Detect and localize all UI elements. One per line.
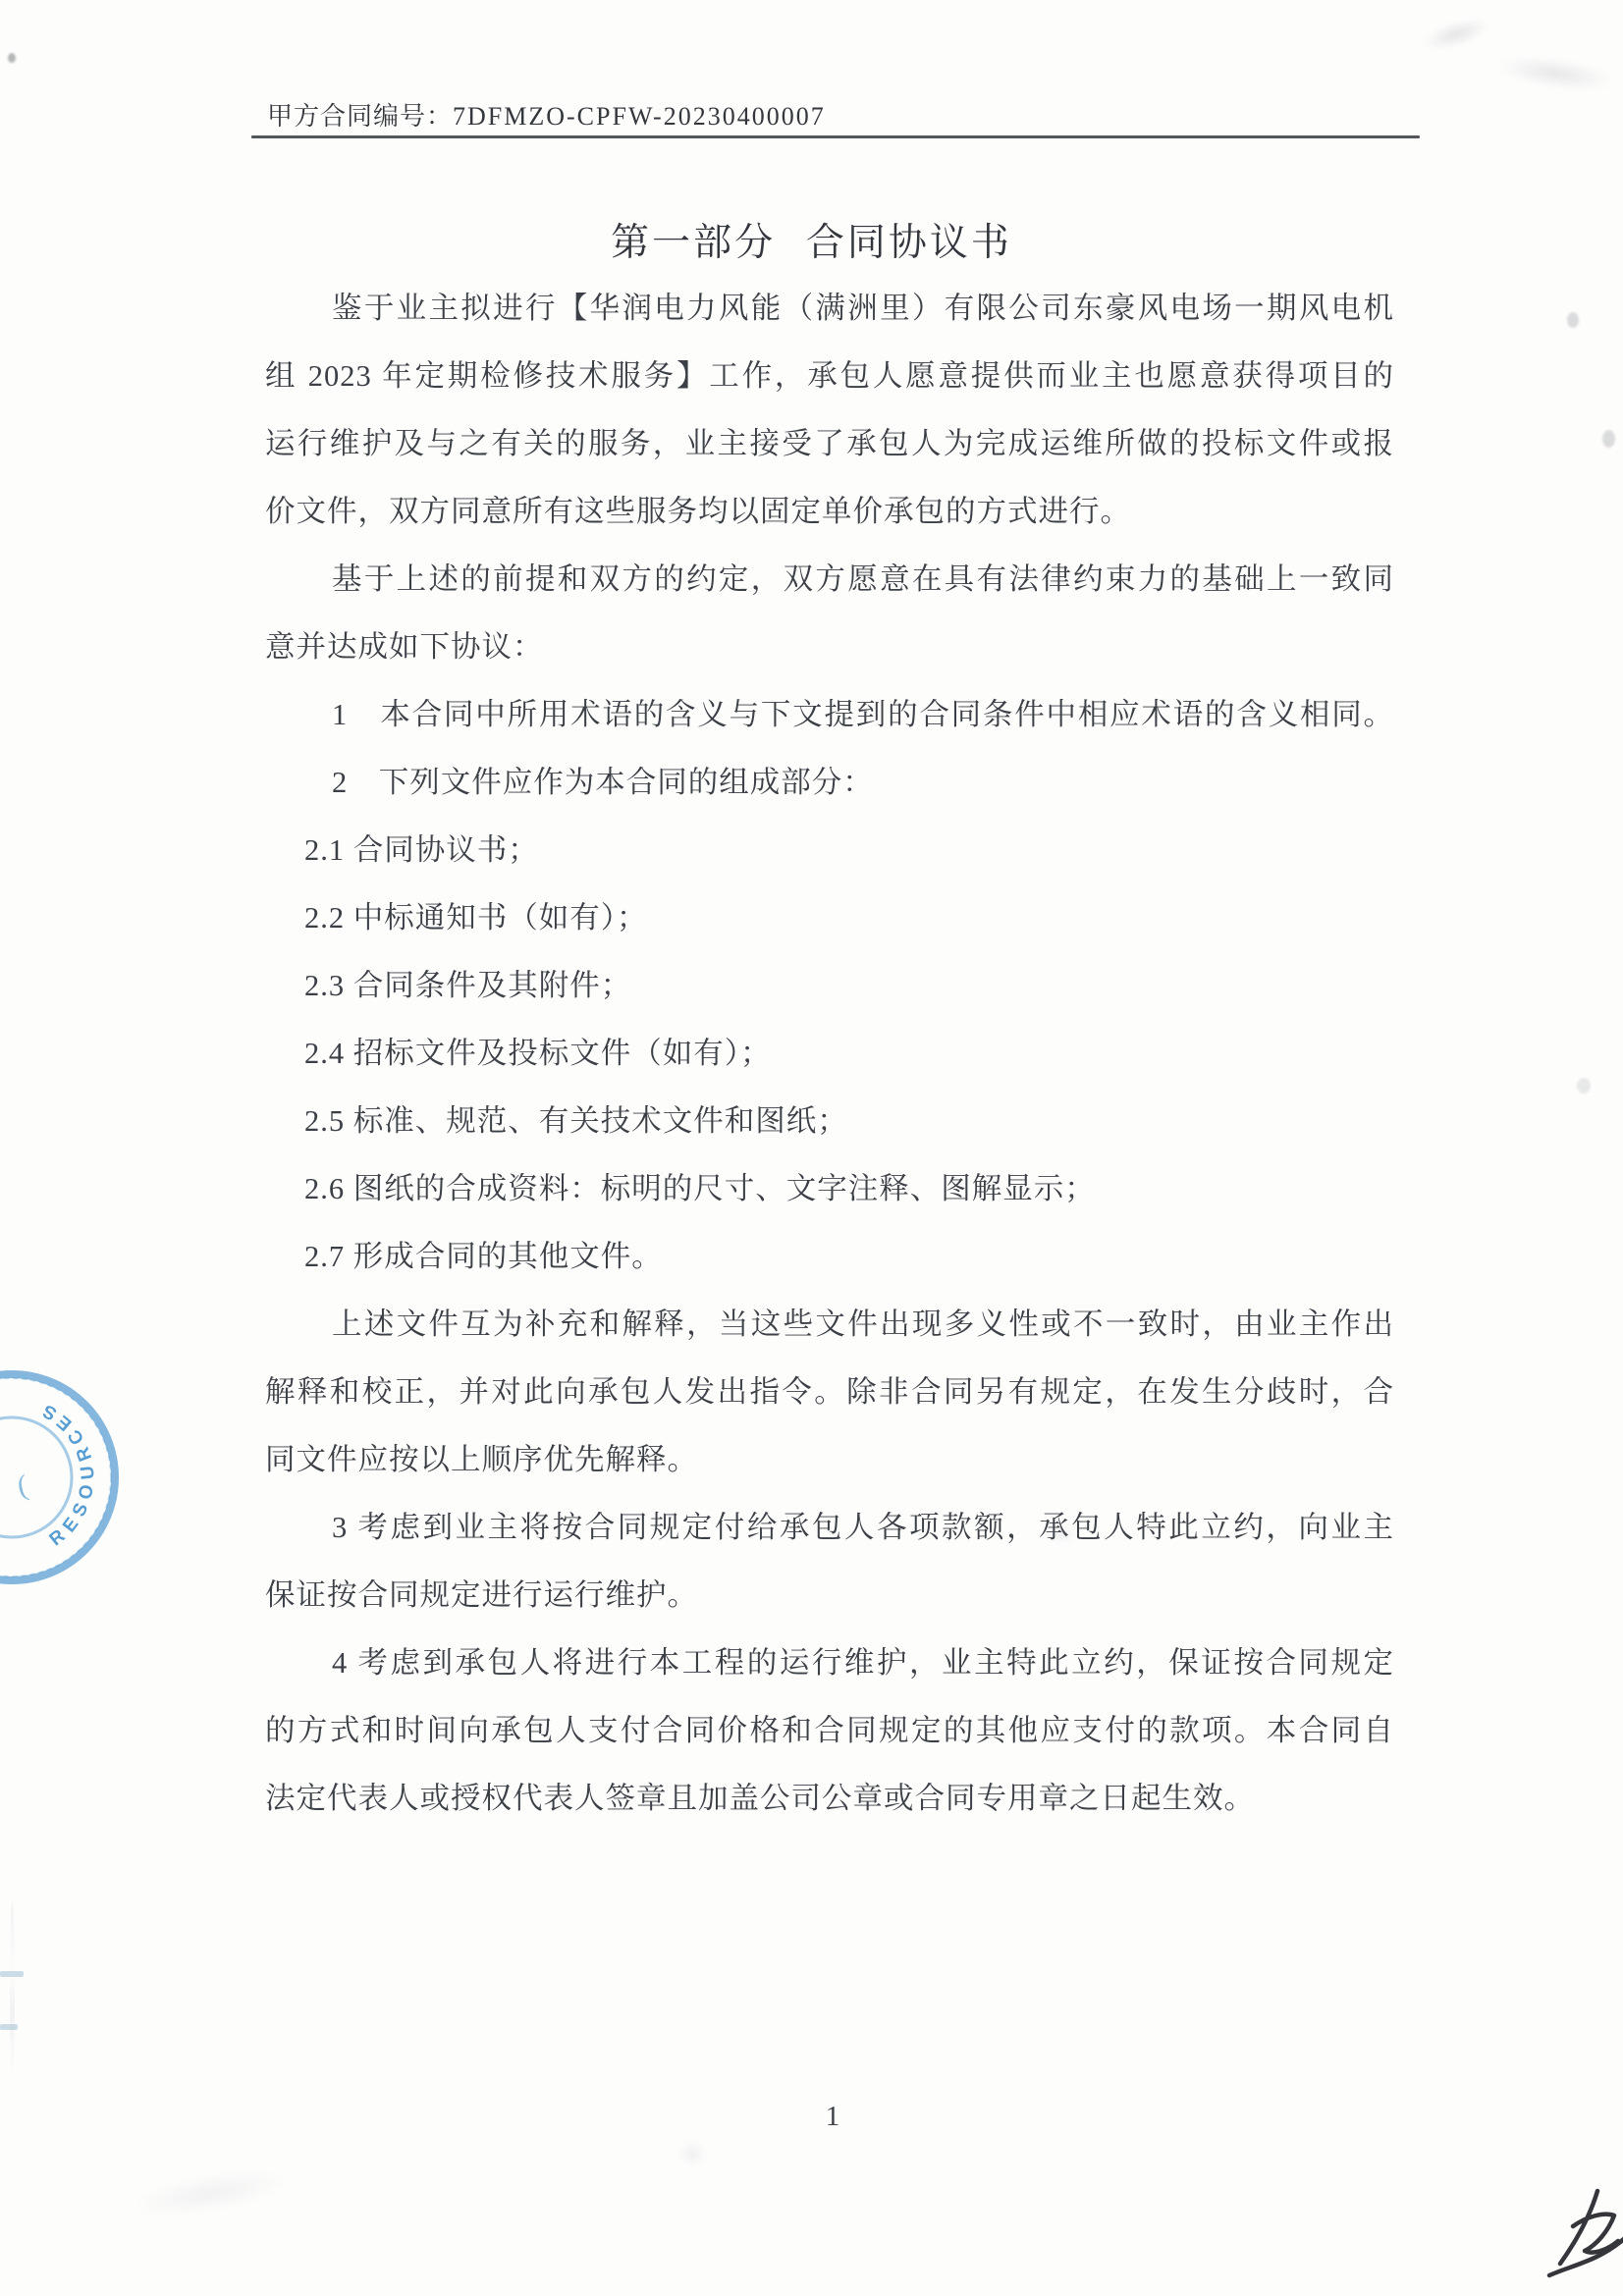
body-line: 2.2 中标通知书（如有）； <box>265 884 1394 952</box>
scan-speck <box>1567 312 1579 328</box>
contract-number-value: 7DFMZO-CPFW-20230400007 <box>453 102 826 131</box>
body-line: 组 2023 年定期检修技术服务】工作，承包人愿意提供而业主也愿意获得项目的 <box>265 343 1394 410</box>
body-line: 1 本合同中所用术语的含义与下文提到的合同条件中相应术语的含义相同。 <box>265 681 1394 749</box>
body-line: 上述文件互为补充和解释，当这些文件出现多义性或不一致时，由业主作出 <box>265 1291 1394 1359</box>
scan-speck <box>8 53 16 63</box>
company-seal-stamp-icon: RESOURCES W ( <box>0 1364 123 1590</box>
scan-smudge <box>116 2156 307 2230</box>
body-line: 2 下列文件应作为本合同的组成部分： <box>265 749 1394 817</box>
body-line: 运行维护及与之有关的服务，业主接受了承包人为完成运维所做的投标文件或报 <box>265 410 1394 478</box>
body-line: 保证按合同规定进行运行维护。 <box>265 1562 1394 1629</box>
contract-number-header: 甲方合同编号：7DFMZO-CPFW-20230400007 <box>267 96 826 133</box>
body-line: 3 考虑到业主将按合同规定付给承包人各项款额，承包人特此立约，向业主 <box>265 1494 1394 1562</box>
seal-ring-text: RESOURCES W <box>0 1364 99 1550</box>
body-line: 2.5 标准、规范、有关技术文件和图纸； <box>265 1088 1394 1155</box>
body-line: 价文件，双方同意所有这些服务均以固定单价承包的方式进行。 <box>265 478 1394 546</box>
scan-streak <box>10 1902 15 2079</box>
body-line: 意并达成如下协议： <box>265 614 1394 681</box>
body-line: 的方式和时间向承包人支付合同价格和合同规定的其他应支付的款项。本合同自 <box>265 1697 1394 1765</box>
section-title: 第一部分 合同协议书 <box>0 212 1623 267</box>
scan-speck <box>1577 1078 1591 1094</box>
handwritten-signature <box>1543 2185 1623 2296</box>
scan-smudge <box>1490 48 1621 99</box>
body-text: 鉴于业主拟进行【华润电力风能（满洲里）有限公司东豪风电场一期风电机组 2023 … <box>265 275 1394 1833</box>
body-line: 解释和校正，并对此向承包人发出指令。除非合同另有规定，在发生分歧时，合 <box>265 1359 1394 1426</box>
document-page: 甲方合同编号：7DFMZO-CPFW-20230400007 第一部分 合同协议… <box>0 0 1623 2296</box>
body-line: 2.6 图纸的合成资料：标明的尺寸、文字注释、图解显示； <box>265 1155 1394 1223</box>
header-rule <box>251 135 1420 138</box>
seal-inner-mark: ( <box>15 1468 31 1502</box>
scan-speck <box>1602 430 1615 448</box>
scan-smudge <box>1420 12 1493 57</box>
svg-text:RESOURCES W: RESOURCES W <box>0 1364 99 1550</box>
body-line: 鉴于业主拟进行【华润电力风能（满洲里）有限公司东豪风电场一期风电机 <box>265 275 1394 343</box>
body-line: 基于上述的前提和双方的约定，双方愿意在具有法律约束力的基础上一致同 <box>265 546 1394 614</box>
contract-number-label: 甲方合同编号： <box>267 102 453 131</box>
scan-blue-dash <box>0 1971 24 1977</box>
scan-blue-dash <box>0 2024 18 2030</box>
page-number: 1 <box>803 2101 862 2133</box>
scan-smudge <box>676 2138 709 2169</box>
body-line: 2.1 合同协议书； <box>265 817 1394 884</box>
body-line: 4 考虑到承包人将进行本工程的运行维护，业主特此立约，保证按合同规定 <box>265 1629 1394 1697</box>
body-line: 2.4 招标文件及投标文件（如有）； <box>265 1020 1394 1088</box>
body-line: 法定代表人或授权代表人签章且加盖公司公章或合同专用章之日起生效。 <box>265 1765 1394 1833</box>
body-line: 同文件应按以上顺序优先解释。 <box>265 1426 1394 1494</box>
body-line: 2.7 形成合同的其他文件。 <box>265 1223 1394 1291</box>
body-line: 2.3 合同条件及其附件； <box>265 952 1394 1020</box>
